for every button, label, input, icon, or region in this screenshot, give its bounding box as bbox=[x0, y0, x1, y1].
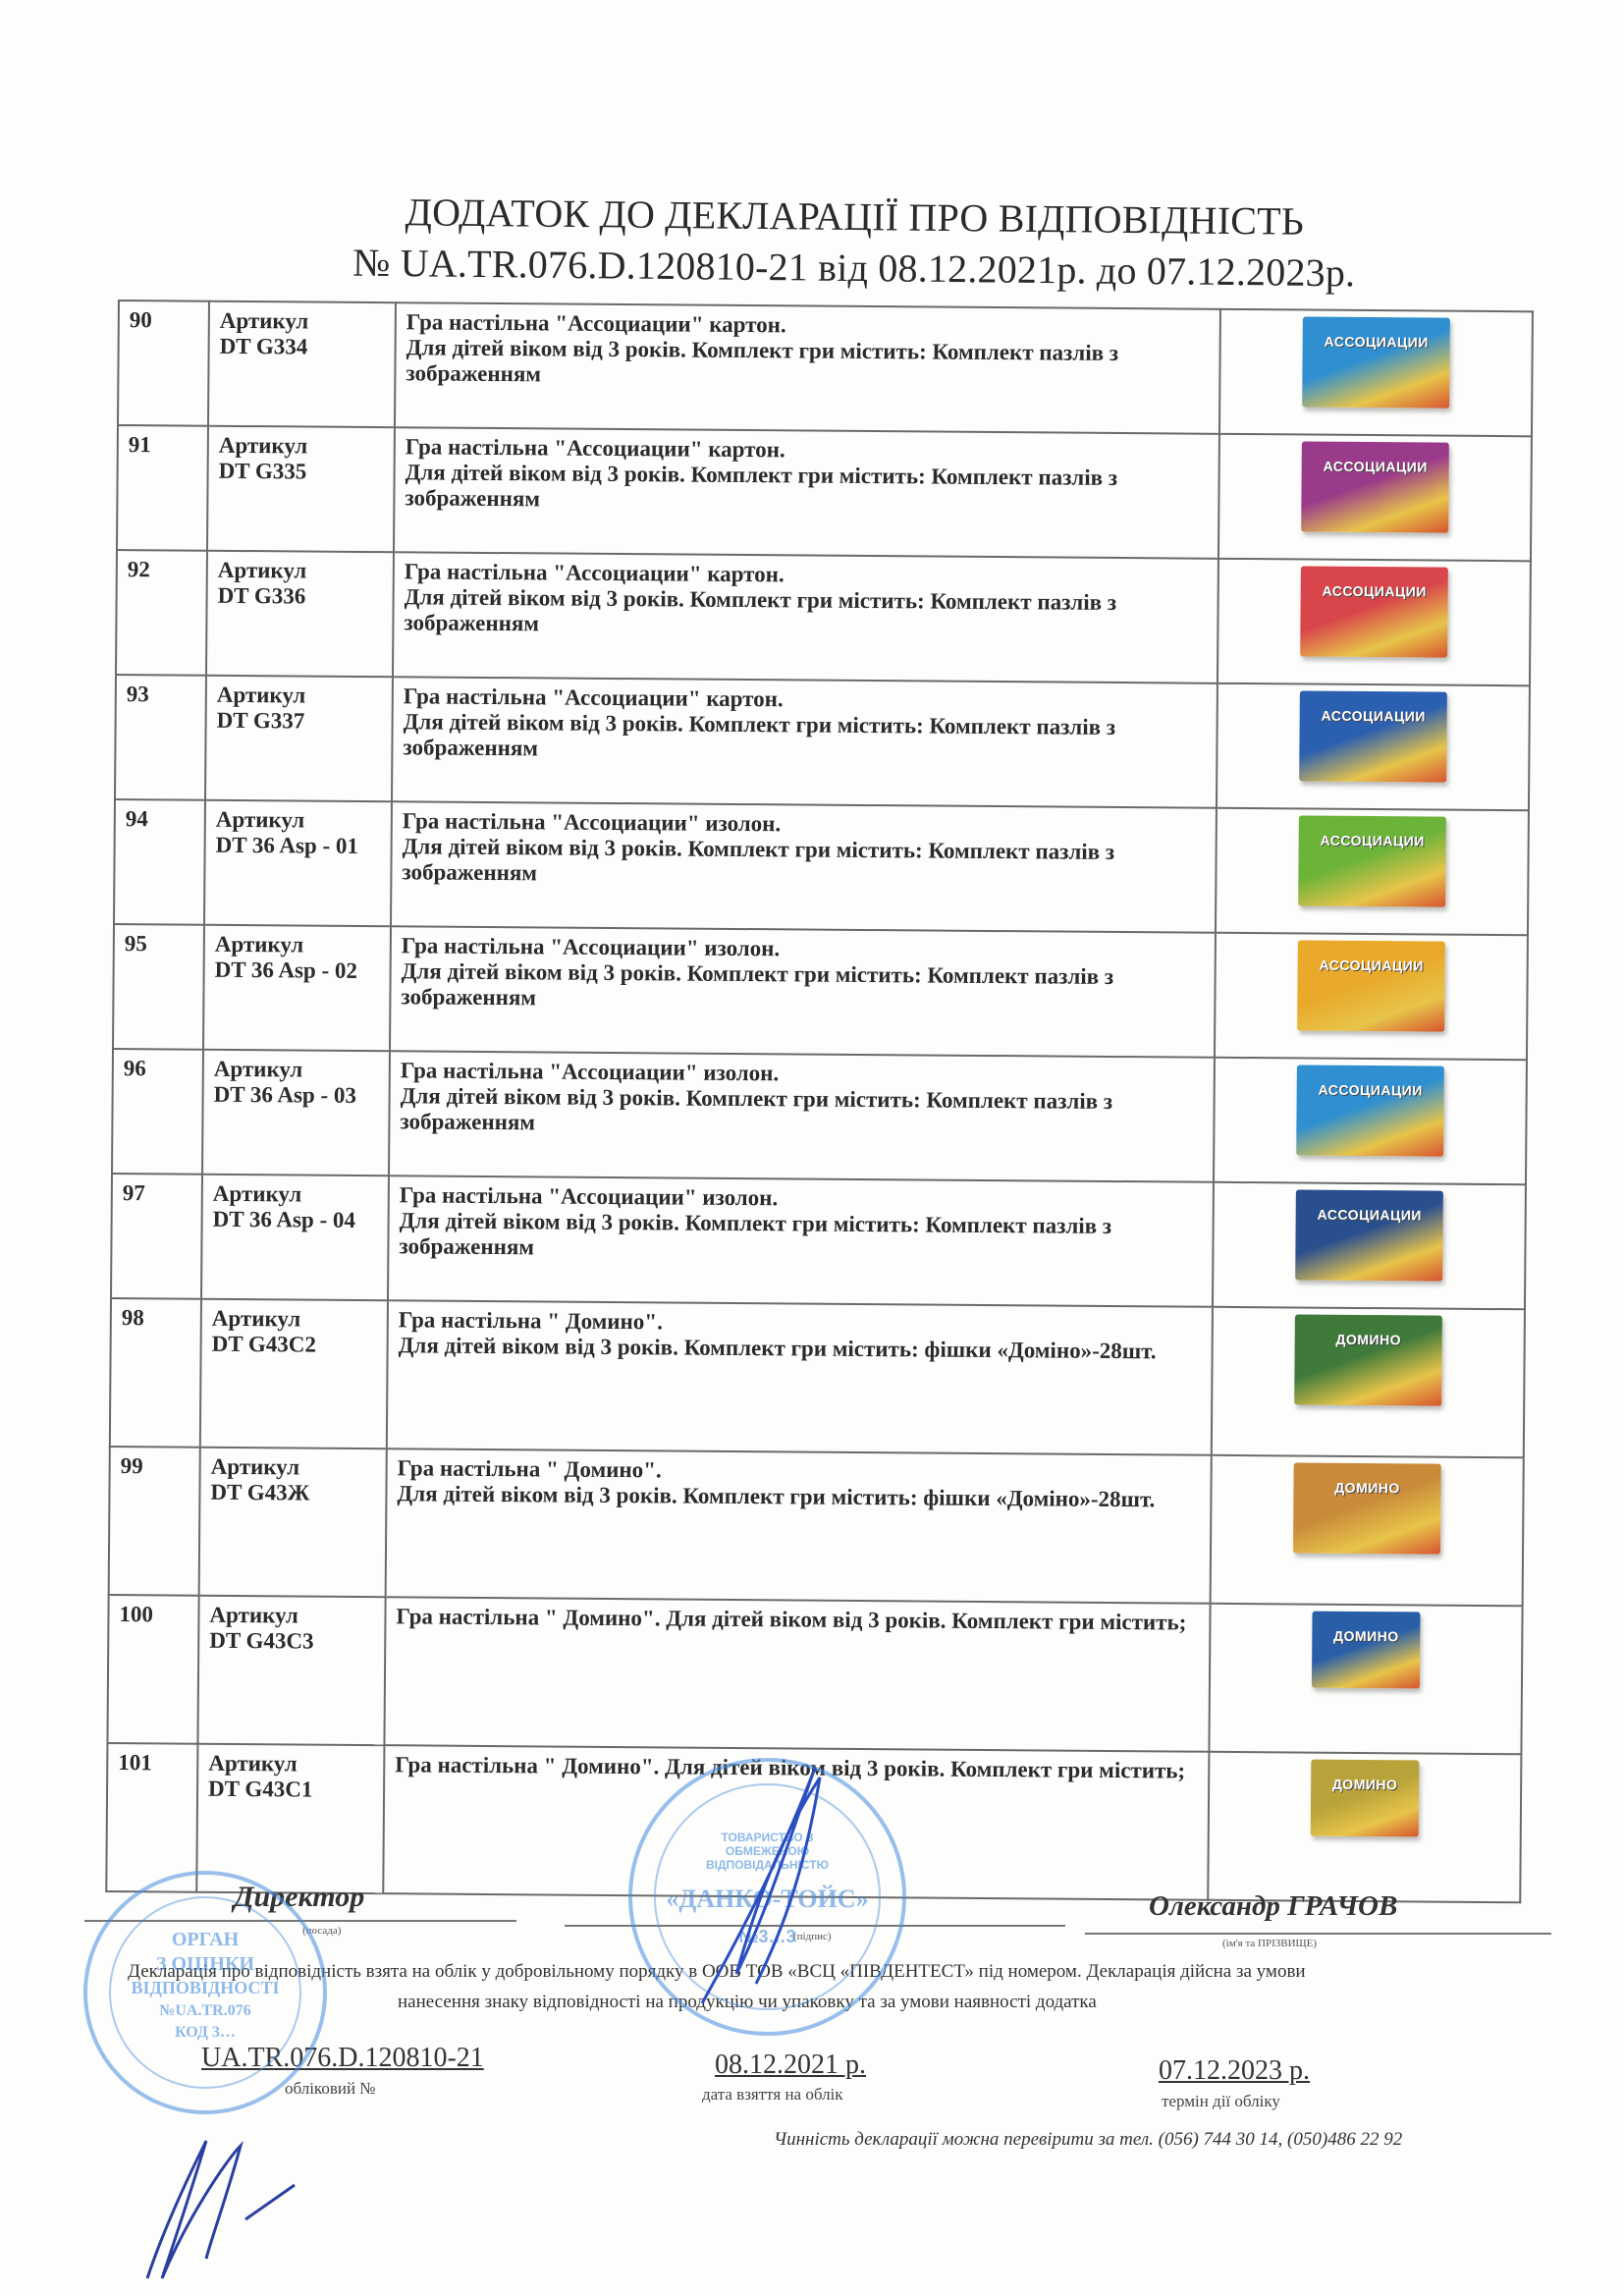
document-page: ДОДАТОК ДО ДЕКЛАРАЦІЇ ПРО ВІДПОВІДНІСТЬ … bbox=[0, 0, 1624, 2296]
director-signature-icon bbox=[702, 1768, 820, 2003]
authority-signature-icon bbox=[147, 2141, 295, 2278]
handwritten-signatures bbox=[0, 0, 1624, 2296]
